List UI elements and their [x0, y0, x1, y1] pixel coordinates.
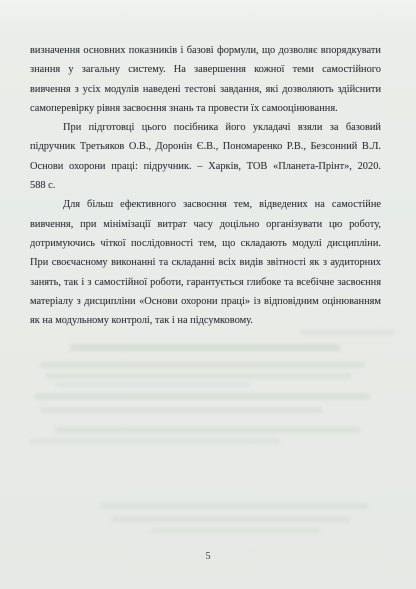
text-line: При підготовці цього посібника його укла…	[30, 118, 381, 137]
bleed-through-ghost	[35, 393, 370, 400]
text-line: самоперевірку рівня засвоєння знань та п…	[30, 99, 381, 118]
scanned-book-page: визначення основних показників і базові …	[0, 0, 416, 589]
bleed-through-ghost	[55, 382, 250, 387]
text-line: занять, так і з самостійної роботи, гара…	[30, 273, 381, 292]
bleed-through-ghost	[40, 362, 365, 368]
bleed-through-ghost	[30, 438, 280, 444]
text-line: матеріалу з дисципліни «Основи охорони п…	[30, 292, 381, 311]
page-number: 5	[0, 551, 416, 562]
bleed-through-ghost	[150, 528, 320, 533]
text-line: При своєчасному виконанні та складанні в…	[30, 253, 381, 272]
bleed-through-ghost	[70, 344, 340, 351]
bleed-through-ghost	[100, 503, 368, 509]
bleed-through-ghost	[40, 407, 322, 413]
text-line: знання у загальну систему. На завершення…	[30, 60, 381, 79]
text-line: підручник Третьяков О.В., Доронін Є.В., …	[30, 137, 381, 156]
bleed-through-ghost	[55, 427, 360, 433]
body-text: визначення основних показників і базові …	[30, 41, 381, 330]
text-line: Основи охорони праці: підручник. – Харкі…	[30, 157, 381, 176]
text-line: як на модульному контролі, так і на підс…	[30, 311, 381, 330]
text-line: дотримуючись чіткої послідовності тем, щ…	[30, 234, 381, 253]
bleed-through-ghost	[46, 373, 351, 379]
text-line: вивчення з усіх модулів наведені тестові…	[30, 80, 381, 99]
text-line: визначення основних показників і базові …	[30, 41, 381, 60]
bleed-through-ghost	[112, 516, 350, 522]
text-line: 588 с.	[30, 176, 381, 195]
text-line: вивчення, при мінімізації витрат часу до…	[30, 215, 381, 234]
text-line: Для більш ефективного засвоєння тем, від…	[30, 195, 381, 214]
bleed-through-ghost	[300, 330, 395, 335]
